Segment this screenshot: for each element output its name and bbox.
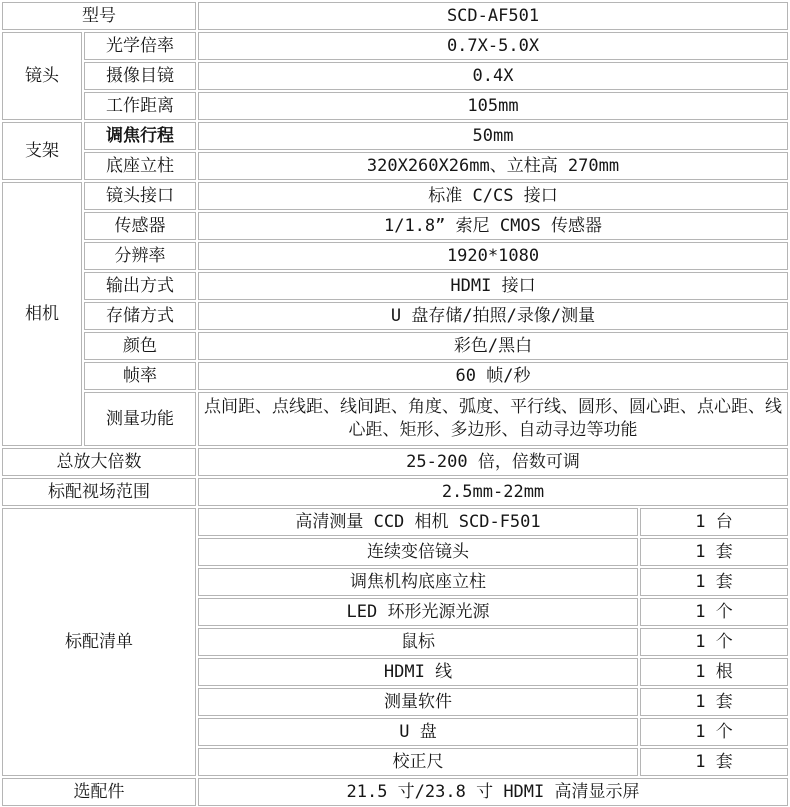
- table-row: 工作距离 105mm: [2, 92, 788, 120]
- summary-label-cell: 总放大倍数: [2, 448, 196, 476]
- spec-value-cell: 320X260X26mm、立柱高 270mm: [198, 152, 788, 180]
- spec-value-cell: 标准 C/CS 接口: [198, 182, 788, 210]
- table-row: 底座立柱 320X260X26mm、立柱高 270mm: [2, 152, 788, 180]
- model-label-cell: 型号: [2, 2, 196, 30]
- table-row: 帧率 60 帧/秒: [2, 362, 788, 390]
- spec-value-cell: 0.4X: [198, 62, 788, 90]
- spec-value-cell: HDMI 接口: [198, 272, 788, 300]
- table-row: 相机 镜头接口 标准 C/CS 接口: [2, 182, 788, 210]
- item-name-cell: U 盘: [198, 718, 638, 746]
- spec-label-cell: 颜色: [84, 332, 196, 360]
- table-row: 摄像目镜 0.4X: [2, 62, 788, 90]
- item-name-cell: 高清测量 CCD 相机 SCD-F501: [198, 508, 638, 536]
- group-label-packing-list: 标配清单: [2, 508, 196, 776]
- spec-value-cell: 50mm: [198, 122, 788, 150]
- item-qty-cell: 1 套: [640, 748, 788, 776]
- table-row: 镜头 光学倍率 0.7X-5.0X: [2, 32, 788, 60]
- group-label-stand: 支架: [2, 122, 82, 180]
- spec-label-cell: 测量功能: [84, 392, 196, 446]
- spec-label-cell: 分辨率: [84, 242, 196, 270]
- item-qty-cell: 1 个: [640, 718, 788, 746]
- spec-value-cell: 1920*1080: [198, 242, 788, 270]
- spec-label-cell: 光学倍率: [84, 32, 196, 60]
- spec-label-cell: 镜头接口: [84, 182, 196, 210]
- spec-value-cell: U 盘存储/拍照/录像/测量: [198, 302, 788, 330]
- summary-value-cell: 2.5mm-22mm: [198, 478, 788, 506]
- table-row: 存储方式 U 盘存储/拍照/录像/测量: [2, 302, 788, 330]
- spec-value-cell: 60 帧/秒: [198, 362, 788, 390]
- optional-value-cell: 21.5 寸/23.8 寸 HDMI 高清显示屏: [198, 778, 788, 806]
- spec-label-cell: 输出方式: [84, 272, 196, 300]
- item-name-cell: HDMI 线: [198, 658, 638, 686]
- model-value-cell: SCD-AF501: [198, 2, 788, 30]
- table-row: 支架 调焦行程 50mm: [2, 122, 788, 150]
- spec-label-cell: 工作距离: [84, 92, 196, 120]
- table-row: 选配件 21.5 寸/23.8 寸 HDMI 高清显示屏: [2, 778, 788, 806]
- table-row: 型号 SCD-AF501: [2, 2, 788, 30]
- spec-label-cell: 存储方式: [84, 302, 196, 330]
- item-qty-cell: 1 个: [640, 628, 788, 656]
- optional-label-cell: 选配件: [2, 778, 196, 806]
- item-qty-cell: 1 个: [640, 598, 788, 626]
- item-name-cell: 鼠标: [198, 628, 638, 656]
- spec-value-cell: 105mm: [198, 92, 788, 120]
- table-row: 颜色 彩色/黑白: [2, 332, 788, 360]
- spec-label-cell: 底座立柱: [84, 152, 196, 180]
- spec-value-cell: 1/1.8” 索尼 CMOS 传感器: [198, 212, 788, 240]
- spec-label-cell: 传感器: [84, 212, 196, 240]
- table-row: 标配视场范围 2.5mm-22mm: [2, 478, 788, 506]
- item-name-cell: 校正尺: [198, 748, 638, 776]
- spec-label-cell: 调焦行程: [84, 122, 196, 150]
- table-row: 标配清单 高清测量 CCD 相机 SCD-F501 1 台: [2, 508, 788, 536]
- item-qty-cell: 1 套: [640, 568, 788, 596]
- item-name-cell: LED 环形光源光源: [198, 598, 638, 626]
- spec-sheet: 型号 SCD-AF501 镜头 光学倍率 0.7X-5.0X 摄像目镜 0.4X…: [0, 0, 790, 807]
- table-row: 分辨率 1920*1080: [2, 242, 788, 270]
- spec-label-cell: 帧率: [84, 362, 196, 390]
- table-row: 输出方式 HDMI 接口: [2, 272, 788, 300]
- spec-value-cell: 0.7X-5.0X: [198, 32, 788, 60]
- spec-value-cell: 点间距、点线距、线间距、角度、弧度、平行线、圆形、圆心距、点心距、线心距、矩形、…: [198, 392, 788, 446]
- summary-value-cell: 25-200 倍，倍数可调: [198, 448, 788, 476]
- spec-label-cell: 摄像目镜: [84, 62, 196, 90]
- group-label-lens: 镜头: [2, 32, 82, 120]
- spec-table: 型号 SCD-AF501 镜头 光学倍率 0.7X-5.0X 摄像目镜 0.4X…: [0, 0, 790, 807]
- spec-value-cell: 彩色/黑白: [198, 332, 788, 360]
- item-name-cell: 连续变倍镜头: [198, 538, 638, 566]
- item-name-cell: 调焦机构底座立柱: [198, 568, 638, 596]
- table-row: 测量功能 点间距、点线距、线间距、角度、弧度、平行线、圆形、圆心距、点心距、线心…: [2, 392, 788, 446]
- item-qty-cell: 1 套: [640, 538, 788, 566]
- item-qty-cell: 1 根: [640, 658, 788, 686]
- table-row: 总放大倍数 25-200 倍，倍数可调: [2, 448, 788, 476]
- table-row: 传感器 1/1.8” 索尼 CMOS 传感器: [2, 212, 788, 240]
- item-name-cell: 测量软件: [198, 688, 638, 716]
- item-qty-cell: 1 套: [640, 688, 788, 716]
- summary-label-cell: 标配视场范围: [2, 478, 196, 506]
- group-label-camera: 相机: [2, 182, 82, 446]
- item-qty-cell: 1 台: [640, 508, 788, 536]
